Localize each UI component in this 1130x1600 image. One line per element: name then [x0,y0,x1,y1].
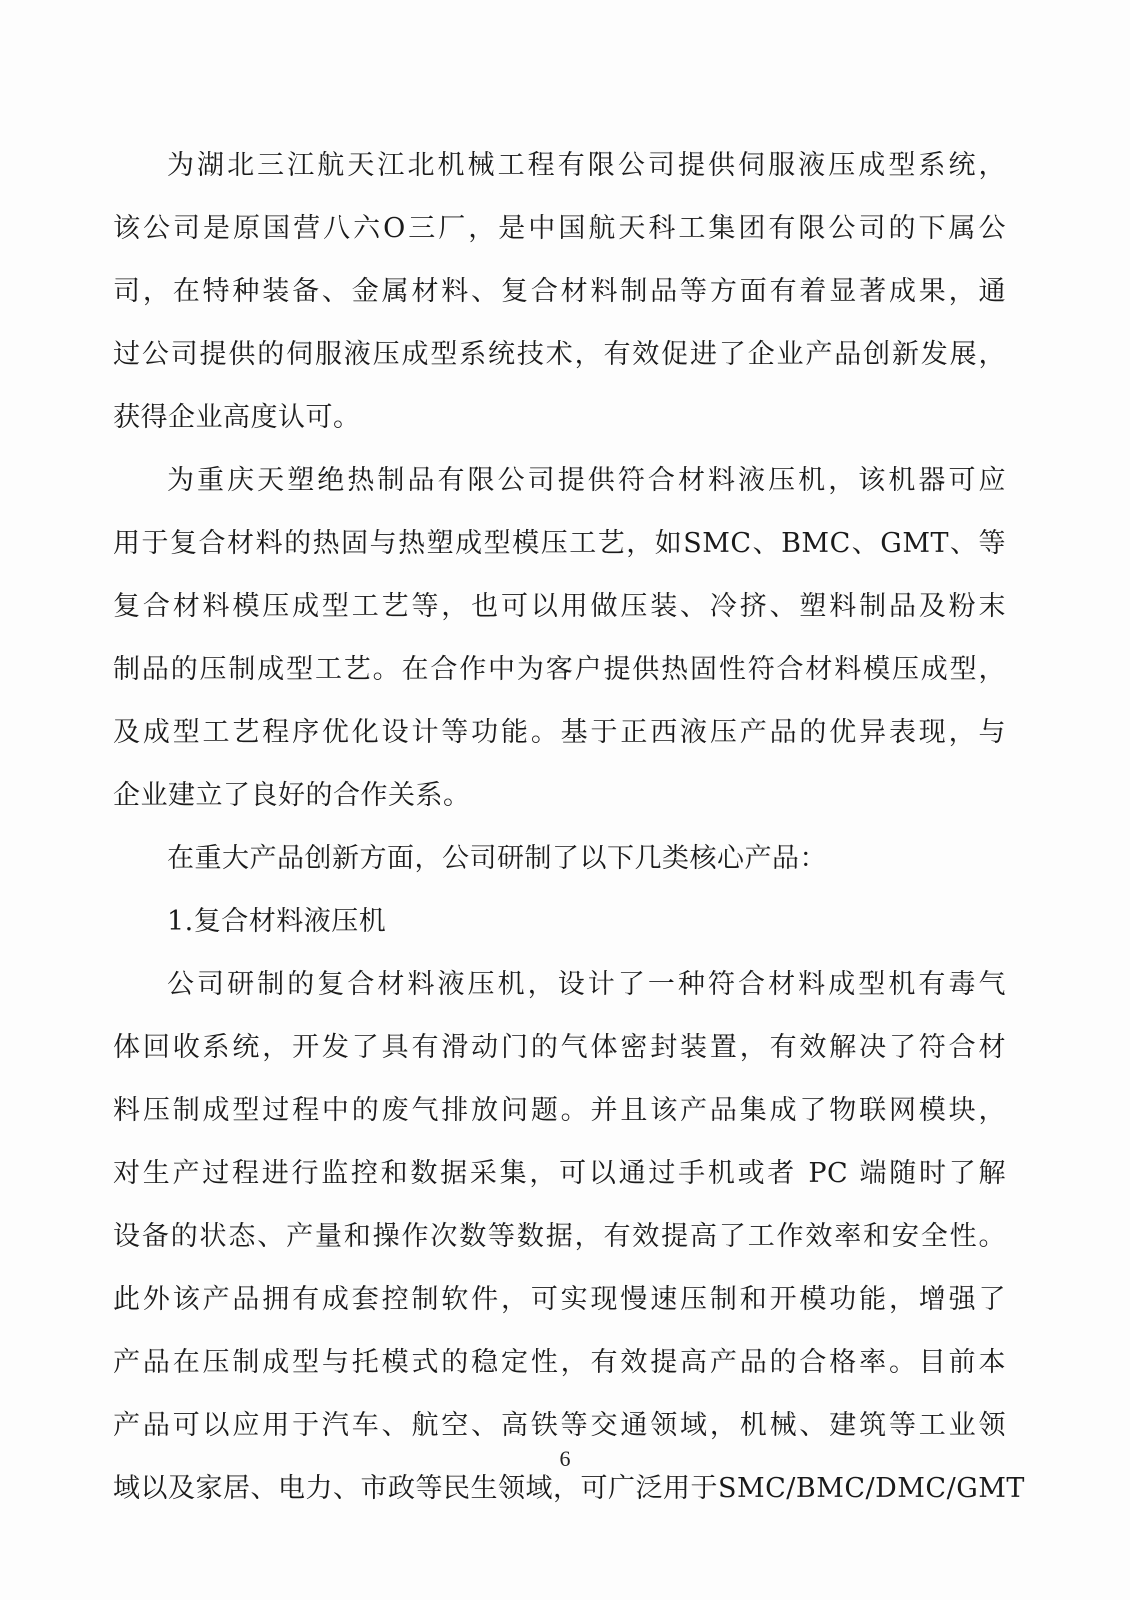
paragraph-4-line-1: 公司研制的复合材料液压机，设计了一种符合材料成型机有毒气 [113,953,1006,1016]
paragraph-1-line-1: 为湖北三江航天江北机械工程有限公司提供伺服液压成型系统， [113,134,1006,197]
paragraph-3-line-1: 在重大产品创新方面，公司研制了以下几类核心产品： [113,827,1006,890]
page-number: 6 [0,1446,1130,1472]
paragraph-1-line-5: 获得企业高度认可。 [113,386,1006,449]
paragraph-1-line-2: 该公司是原国营八六O三厂，是中国航天科工集团有限公司的下属公 [113,197,1006,260]
document-page: 为湖北三江航天江北机械工程有限公司提供伺服液压成型系统， 该公司是原国营八六O三… [0,0,1130,1600]
paragraph-4-line-6: 此外该产品拥有成套控制软件，可实现慢速压制和开模功能，增强了 [113,1268,1006,1331]
document-body: 为湖北三江航天江北机械工程有限公司提供伺服液压成型系统， 该公司是原国营八六O三… [113,134,1006,1520]
paragraph-2-line-4: 制品的压制成型工艺。在合作中为客户提供热固性符合材料模压成型， [113,638,1006,701]
paragraph-2-line-6: 企业建立了良好的合作关系。 [113,764,1006,827]
paragraph-2-line-3: 复合材料模压成型工艺等，也可以用做压装、冷挤、塑料制品及粉末 [113,575,1006,638]
paragraph-4-line-7: 产品在压制成型与托模式的稳定性，有效提高产品的合格率。目前本 [113,1331,1006,1394]
paragraph-4-line-2: 体回收系统，开发了具有滑动门的气体密封装置，有效解决了符合材 [113,1016,1006,1079]
paragraph-2-line-1: 为重庆天塑绝热制品有限公司提供符合材料液压机，该机器可应 [113,449,1006,512]
paragraph-4-line-4: 对生产过程进行监控和数据采集，可以通过手机或者 PC 端随时了解 [113,1142,1006,1205]
paragraph-1-line-4: 过公司提供的伺服液压成型系统技术，有效促进了企业产品创新发展， [113,323,1006,386]
paragraph-4-line-5: 设备的状态、产量和操作次数等数据，有效提高了工作效率和安全性。 [113,1205,1006,1268]
section-heading-composite-press: 1.复合材料液压机 [113,890,1006,953]
paragraph-4-line-3: 料压制成型过程中的废气排放问题。并且该产品集成了物联网模块， [113,1079,1006,1142]
paragraph-1-line-3: 司，在特种装备、金属材料、复合材料制品等方面有着显著成果，通 [113,260,1006,323]
paragraph-2-line-2: 用于复合材料的热固与热塑成型模压工艺，如SMC、BMC、GMT、等 [113,512,1006,575]
paragraph-2-line-5: 及成型工艺程序优化设计等功能。基于正西液压产品的优异表现，与 [113,701,1006,764]
